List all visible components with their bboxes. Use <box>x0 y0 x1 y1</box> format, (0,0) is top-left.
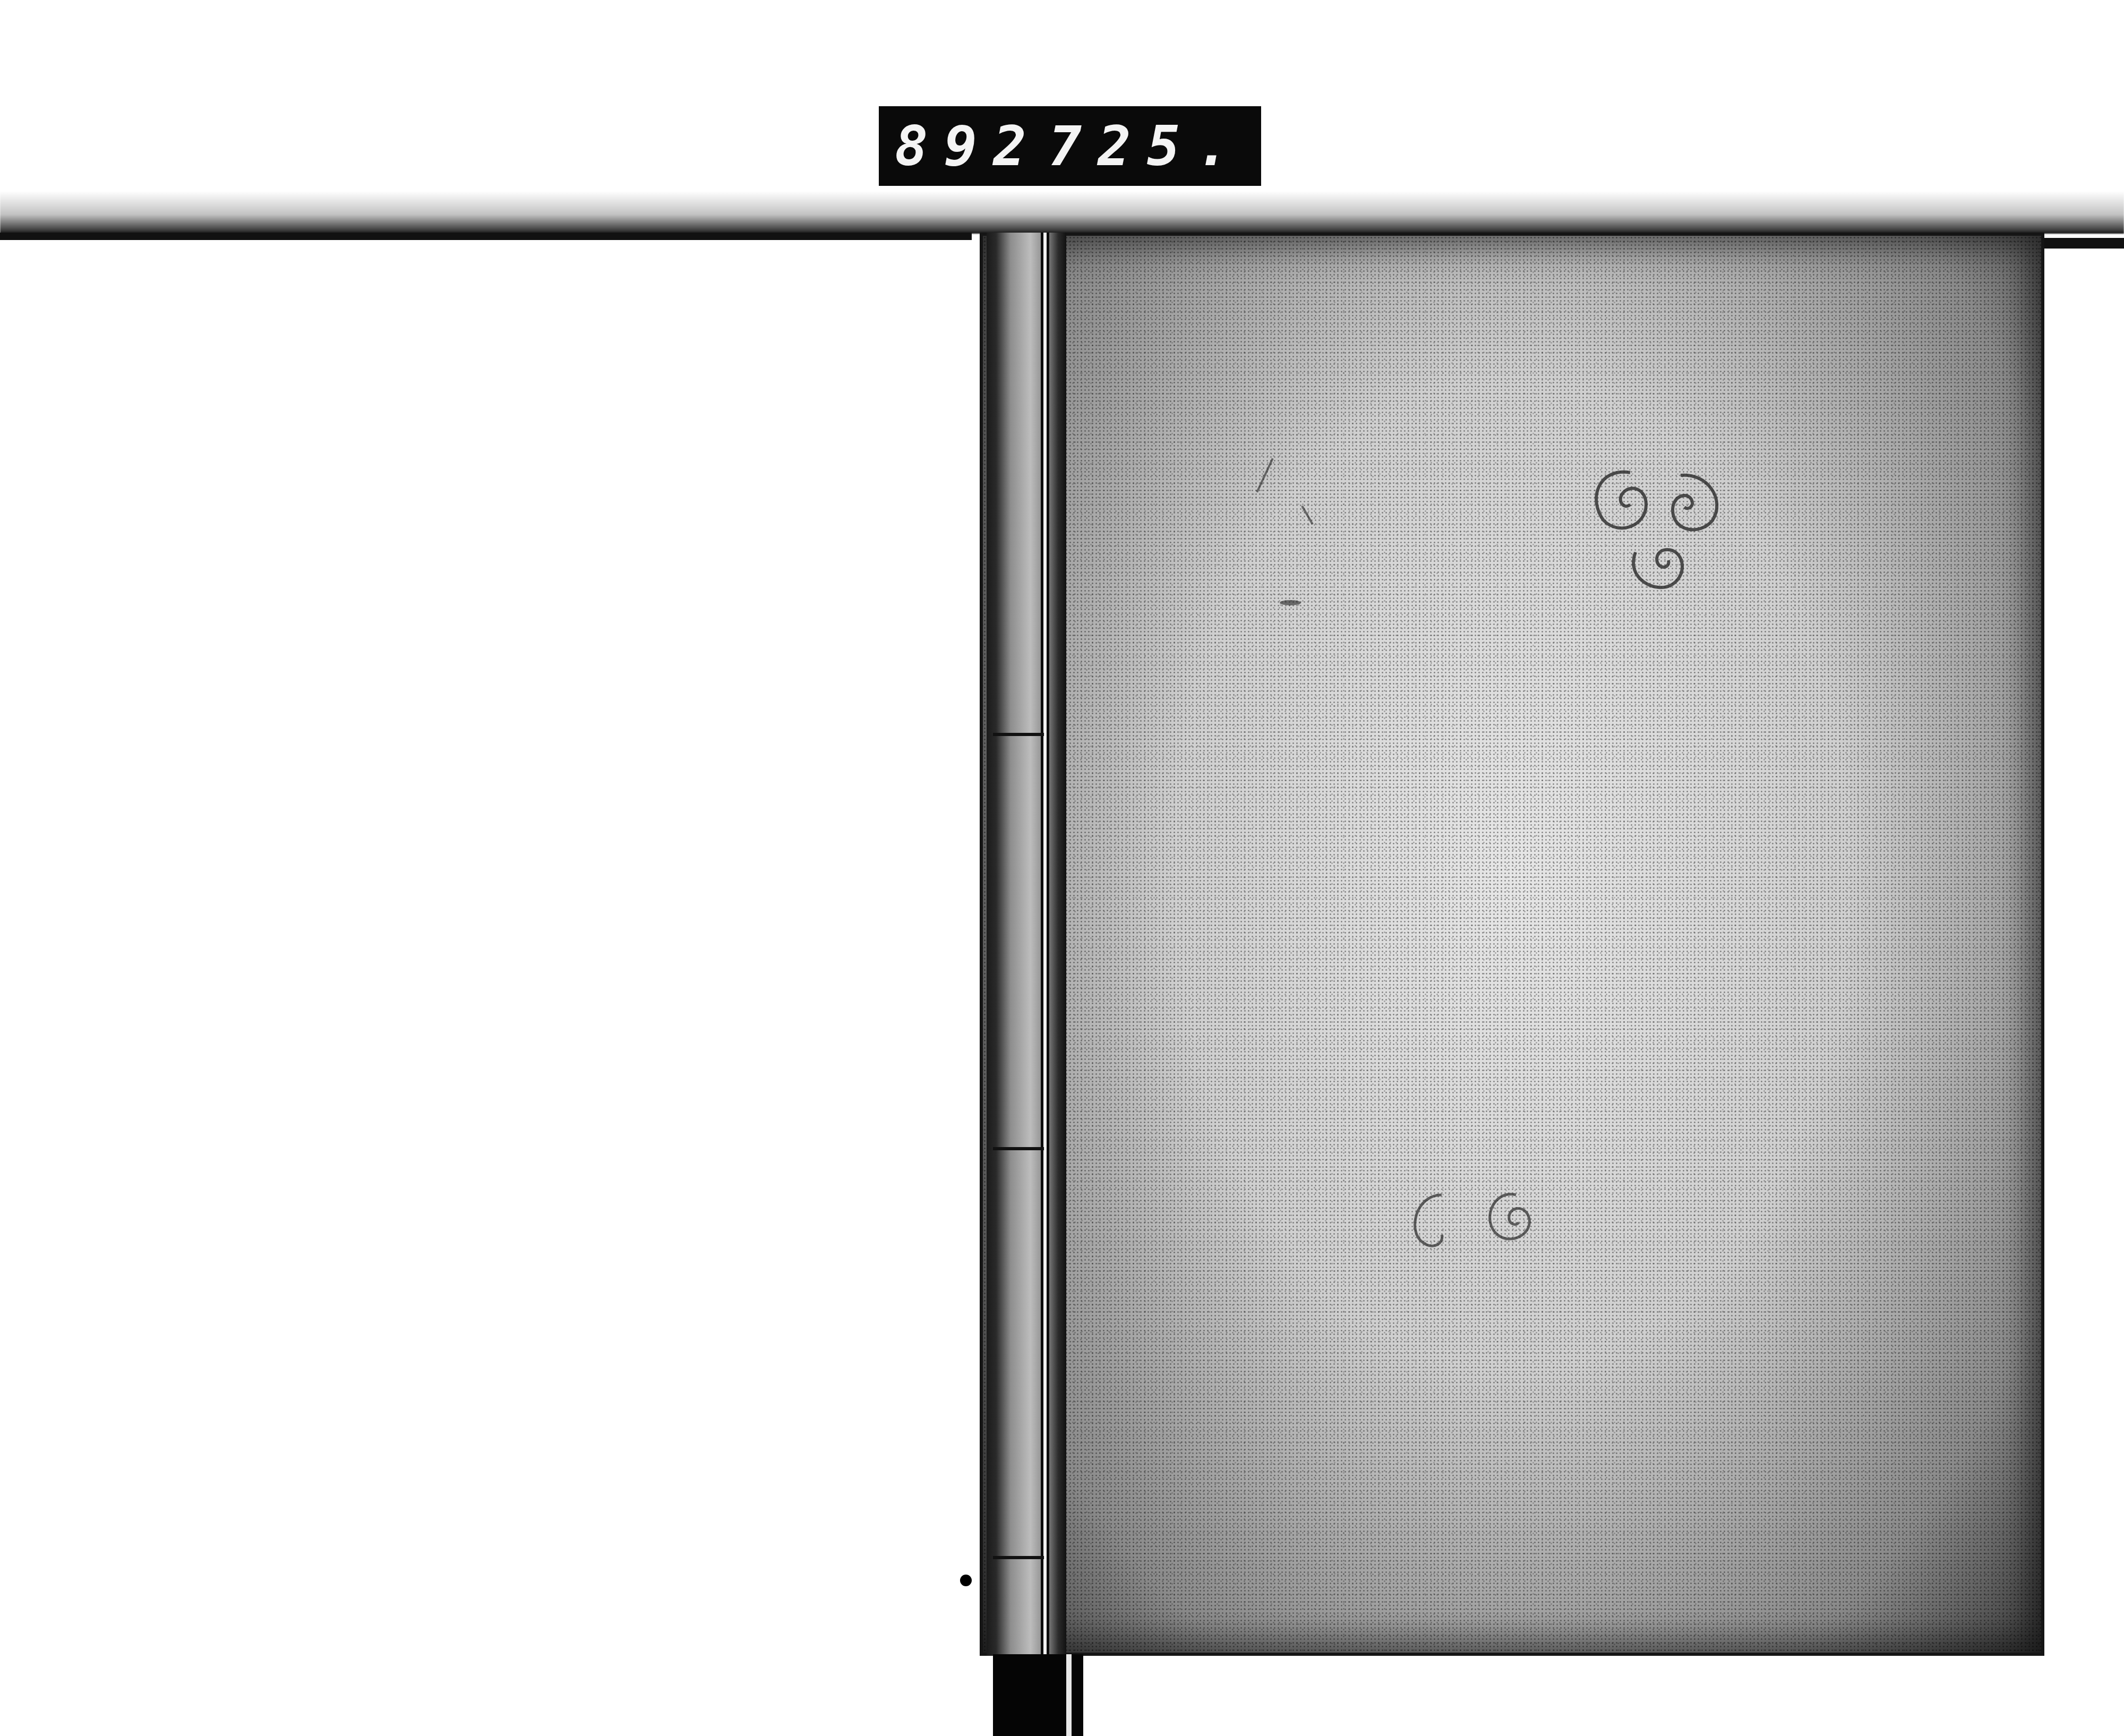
double-spiral-icon <box>1391 1184 1551 1280</box>
id-label-left-number: 892 <box>895 118 1042 174</box>
book-spine <box>987 233 1066 1656</box>
spine-tail-gap <box>1066 1654 1072 1736</box>
top-edge-rule-right <box>2034 238 2124 249</box>
top-edge-rule <box>0 233 972 240</box>
scratch-mark <box>1280 600 1301 605</box>
ink-dot-mark <box>960 1575 972 1586</box>
spine-band <box>993 733 1044 736</box>
paper-texture <box>983 236 2041 1653</box>
scan-page: 892 725. <box>0 0 2124 1736</box>
spine-band <box>993 1147 1044 1150</box>
spine-band <box>993 1556 1044 1559</box>
spine-stitch-line <box>1041 233 1049 1656</box>
id-label-right-number: 725. <box>1049 118 1245 174</box>
id-label: 892 725. <box>879 106 1261 186</box>
triskelion-spiral-icon <box>1566 446 1736 605</box>
top-shelf-shadow <box>0 191 2124 234</box>
book-cover <box>980 233 2044 1656</box>
